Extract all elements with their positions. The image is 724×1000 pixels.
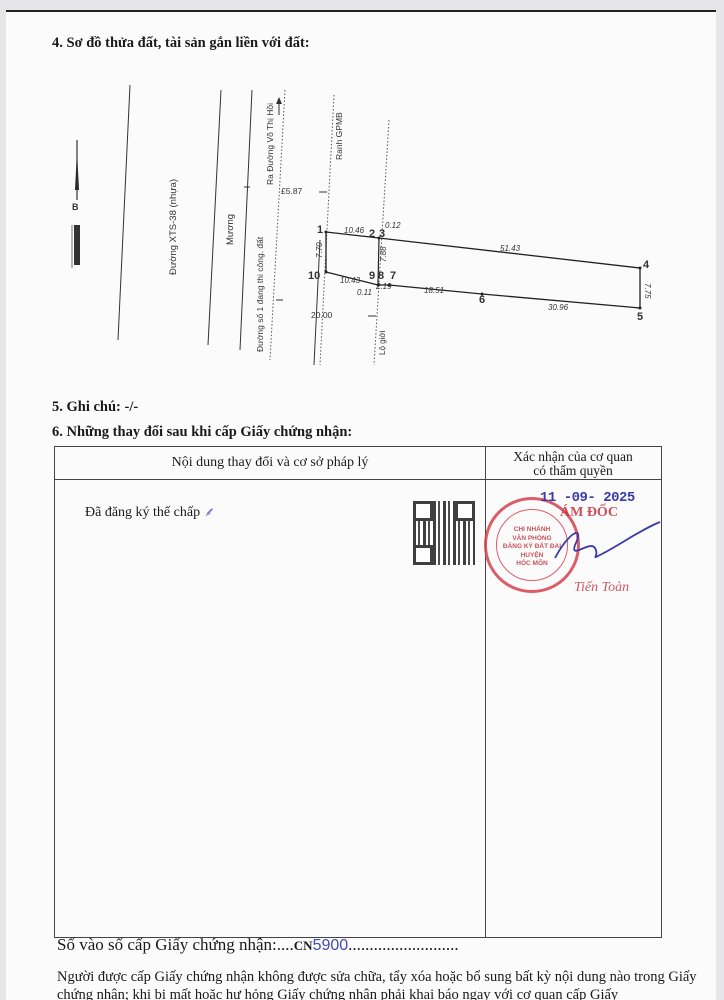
- registration-number: Số vào sổ cấp Giấy chứng nhận:....CN5900…: [57, 935, 459, 955]
- svg-text:5: 5: [637, 311, 643, 323]
- svg-text:0.12: 0.12: [385, 221, 401, 230]
- svg-text:6: 6: [479, 294, 485, 306]
- signer-name: Tiến Toàn: [574, 580, 629, 596]
- svg-text:£5.87: £5.87: [281, 186, 303, 196]
- svg-text:7: 7: [390, 270, 396, 282]
- road-main-label: Đường XTS-38 (nhựa): [168, 179, 179, 275]
- svg-text:1: 1: [317, 224, 323, 236]
- svg-text:20.00: 20.00: [311, 310, 333, 320]
- svg-text:Ra Đường Võ Thị Hồi: Ra Đường Võ Thị Hồi: [265, 103, 275, 185]
- section-6-title: 6. Những thay đổi sau khi cấp Giấy chứng…: [52, 424, 352, 441]
- svg-text:Ranh GPMB: Ranh GPMB: [334, 112, 344, 160]
- mortgage-entry: Đã đăng ký thế chấp ⸙: [85, 502, 213, 521]
- initial-mark-icon: ⸙: [204, 504, 214, 519]
- header-divider: [55, 479, 661, 480]
- svg-text:0.11: 0.11: [357, 288, 372, 297]
- svg-text:Lộ giới: Lộ giới: [378, 330, 387, 355]
- svg-text:Mương: Mương: [225, 214, 236, 245]
- svg-text:2: 2: [369, 228, 375, 240]
- svg-text:7.75: 7.75: [643, 283, 652, 299]
- stamp-date: 11 -09- 2025: [540, 490, 635, 506]
- authority-confirmation-header: Xác nhận của cơ quan có thẩm quyền: [485, 450, 661, 478]
- svg-text:B: B: [72, 202, 79, 212]
- svg-text:2.19: 2.19: [375, 282, 392, 291]
- stamp-title: ÁM ĐỐC: [560, 505, 618, 521]
- land-plot-diagram: B Đường XTS-38 (nhựa) Mương Đường số 1 đ…: [0, 0, 724, 400]
- svg-text:8: 8: [378, 270, 384, 282]
- svg-text:Đường số 1 đang thi công. đất: Đường số 1 đang thi công. đất: [255, 236, 265, 352]
- svg-text:51.43: 51.43: [500, 244, 521, 253]
- svg-text:30.96: 30.96: [548, 303, 569, 312]
- section-5-note: 5. Ghi chú: -/-: [52, 399, 138, 416]
- svg-text:7.70: 7.70: [315, 242, 324, 258]
- svg-text:10.46: 10.46: [344, 226, 365, 235]
- svg-text:9: 9: [369, 270, 375, 282]
- svg-text:4: 4: [643, 259, 650, 271]
- qr-code-icon: [413, 501, 475, 565]
- north-arrow-icon: B: [72, 140, 80, 268]
- svg-text:7.88: 7.88: [379, 246, 388, 262]
- usage-notice: Người được cấp Giấy chứng nhận không đượ…: [57, 968, 697, 1000]
- column-divider: [485, 447, 486, 937]
- svg-text:10.43: 10.43: [340, 276, 361, 285]
- svg-text:18.51: 18.51: [424, 286, 444, 295]
- svg-text:10: 10: [308, 270, 320, 282]
- changes-content-header: Nội dung thay đổi và cơ sở pháp lý: [55, 455, 485, 471]
